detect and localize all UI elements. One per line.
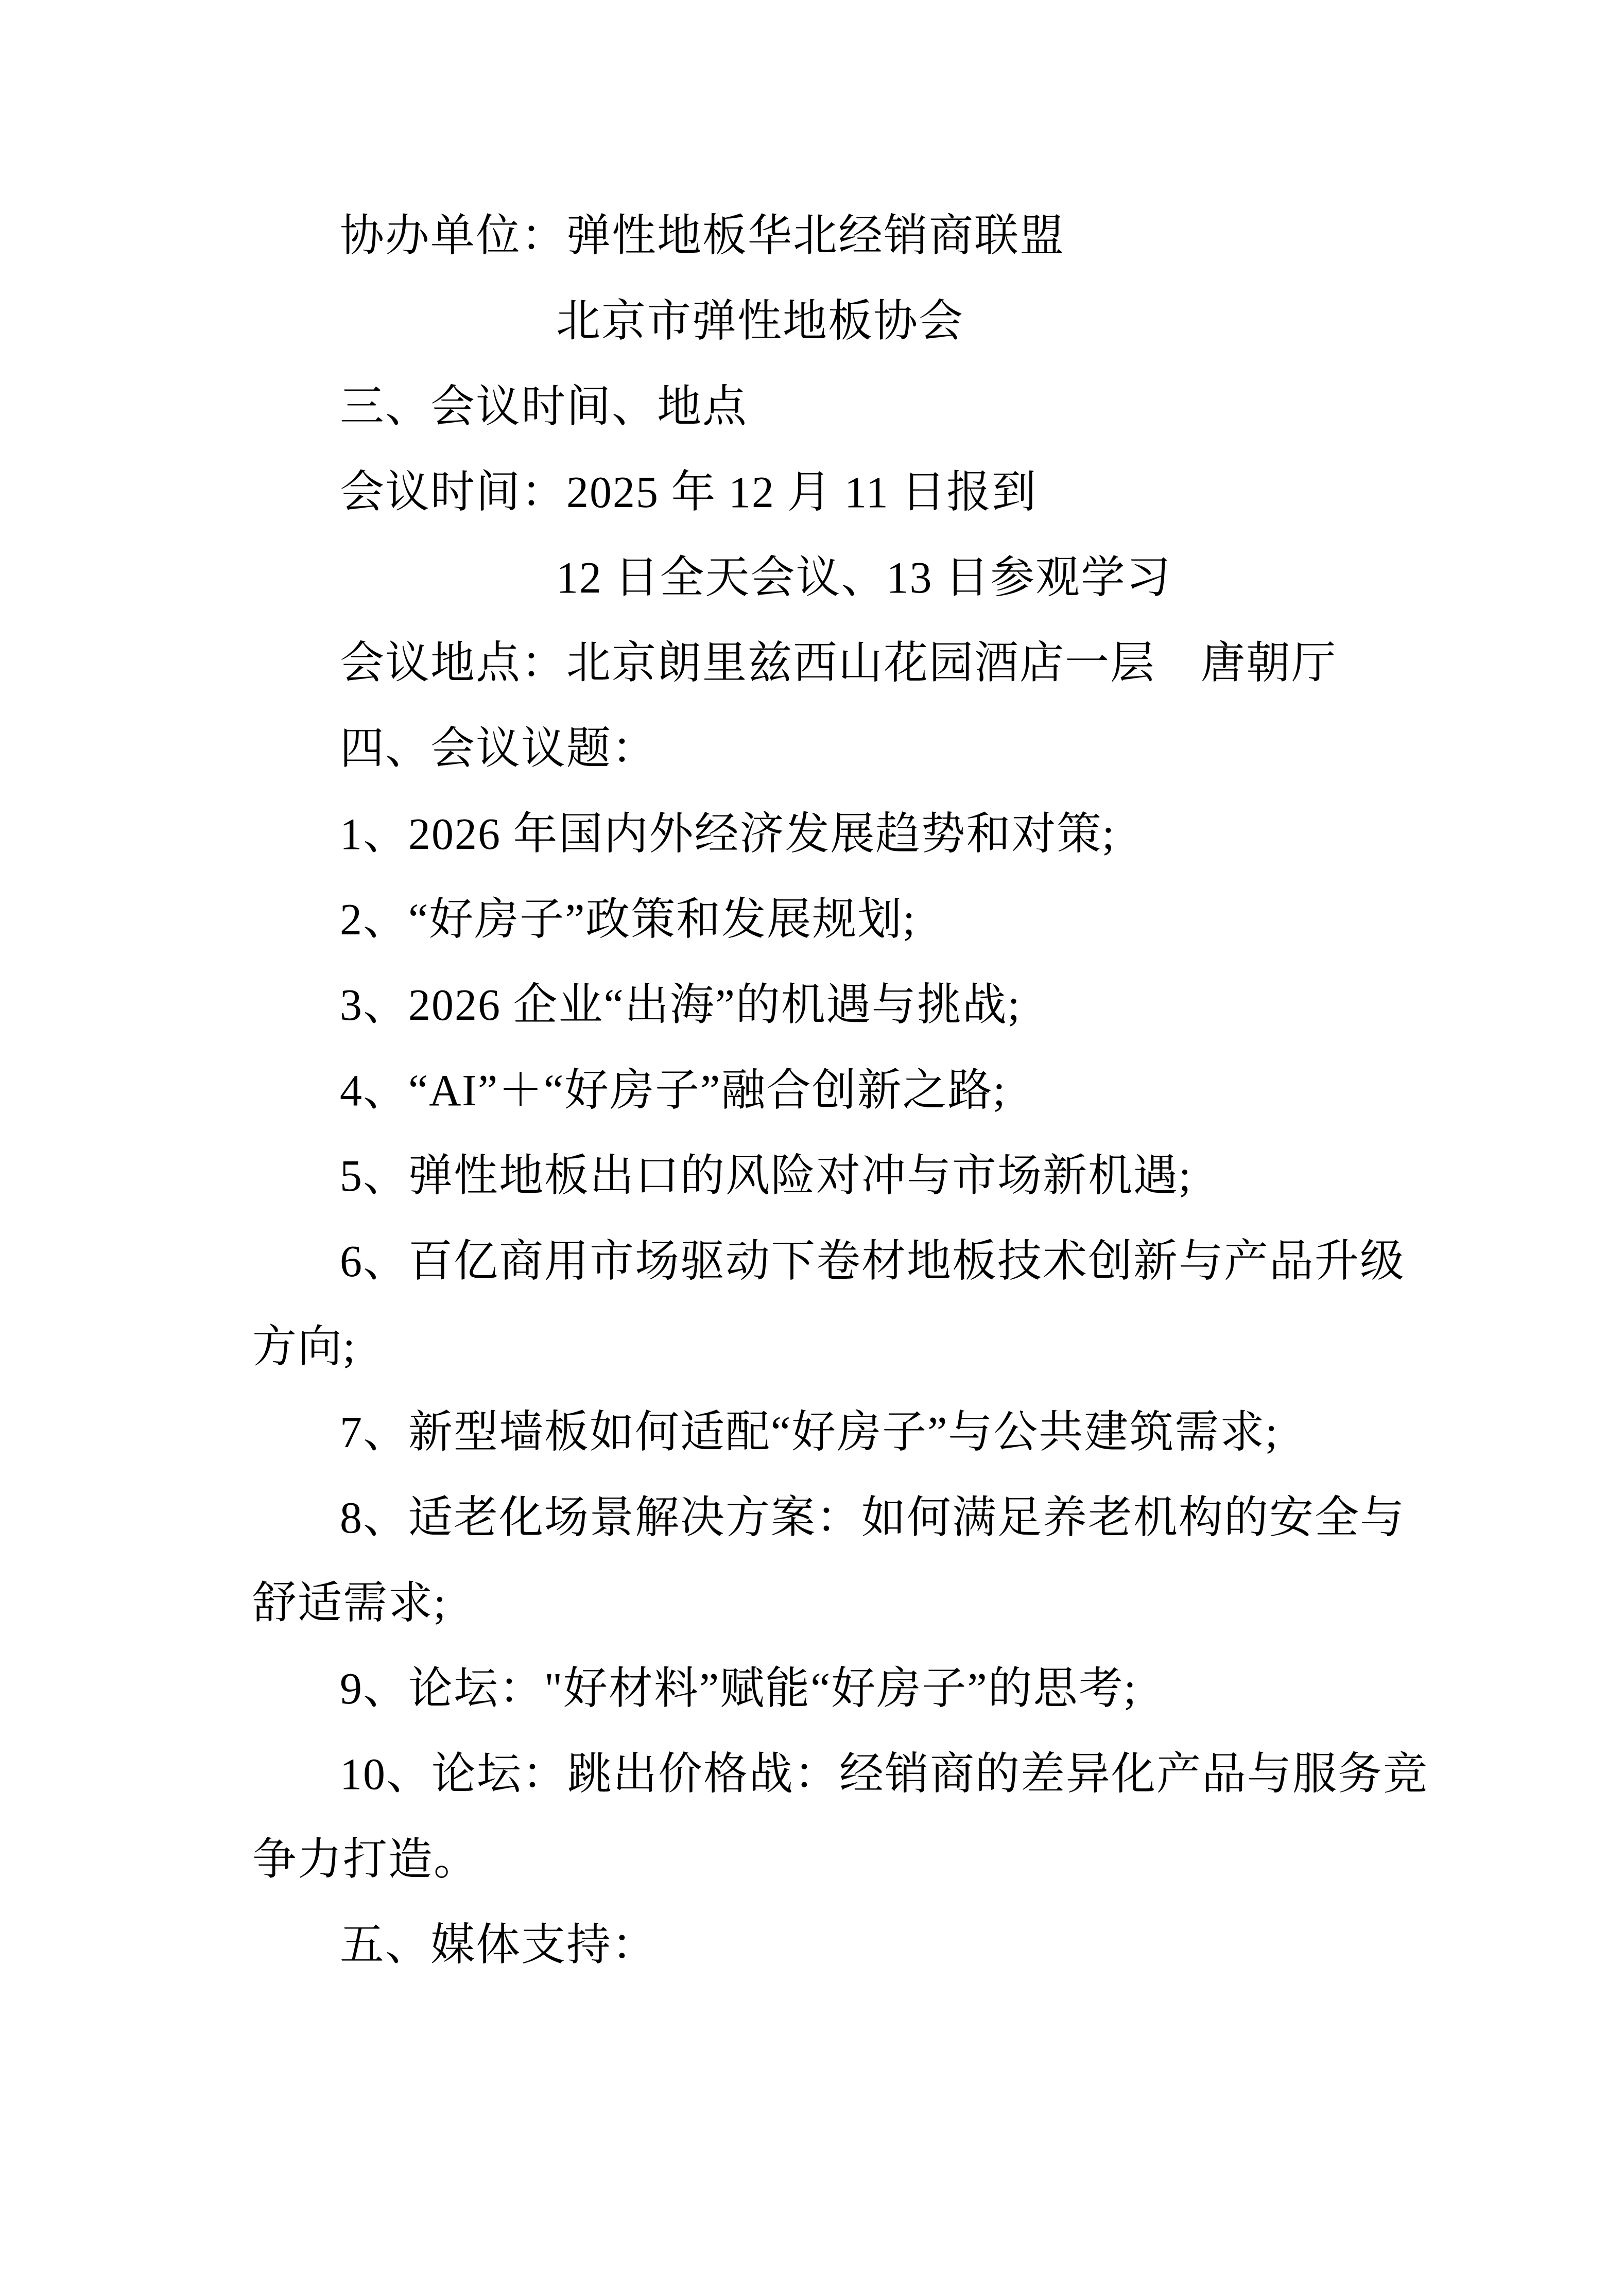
meeting-venue-line: 会议地点：北京朗里兹西山花园酒店一层 唐朝厅: [252, 620, 1382, 706]
co-organizer-line: 协办单位：弹性地板华北经销商联盟: [252, 193, 1382, 279]
co-organizer-line-2: 北京市弹性地板协会: [252, 279, 1382, 364]
meeting-time-line: 会议时间：2025 年 12 月 11 日报到: [252, 449, 1382, 535]
agenda-item-2: 2、“好房子”政策和发展规划;: [252, 877, 1382, 962]
agenda-item-9: 9、论坛："好材料”赋能“好房子”的思考;: [252, 1646, 1382, 1731]
agenda-item-5: 5、弹性地板出口的风险对冲与市场新机遇;: [252, 1133, 1382, 1219]
agenda-item-8: 8、适老化场景解决方案：如何满足养老机构的安全与: [252, 1475, 1382, 1560]
agenda-item-8-cont: 舒适需求;: [252, 1560, 1382, 1646]
agenda-item-3: 3、2026 企业“出海”的机遇与挑战;: [252, 962, 1382, 1048]
meeting-time-line-2: 12 日全天会议、13 日参观学习: [252, 535, 1382, 620]
agenda-item-10-cont: 争力打造。: [252, 1817, 1382, 1902]
document-page: 协办单位：弹性地板华北经销商联盟 北京市弹性地板协会 三、会议时间、地点 会议时…: [0, 0, 1624, 2296]
section-3-heading: 三、会议时间、地点: [252, 364, 1382, 449]
section-4-heading: 四、会议议题：: [252, 706, 1382, 791]
agenda-item-7: 7、新型墙板如何适配“好房子”与公共建筑需求;: [252, 1389, 1382, 1475]
agenda-item-4: 4、“AI”＋“好房子”融合创新之路;: [252, 1048, 1382, 1133]
section-5-heading: 五、媒体支持：: [252, 1902, 1382, 1988]
agenda-item-6: 6、百亿商用市场驱动下卷材地板技术创新与产品升级: [252, 1219, 1382, 1304]
agenda-item-10: 10、论坛：跳出价格战：经销商的差异化产品与服务竞: [252, 1731, 1382, 1817]
document-content: 协办单位：弹性地板华北经销商联盟 北京市弹性地板协会 三、会议时间、地点 会议时…: [0, 0, 1624, 1988]
agenda-item-1: 1、2026 年国内外经济发展趋势和对策;: [252, 791, 1382, 877]
agenda-item-6-cont: 方向;: [252, 1304, 1382, 1389]
